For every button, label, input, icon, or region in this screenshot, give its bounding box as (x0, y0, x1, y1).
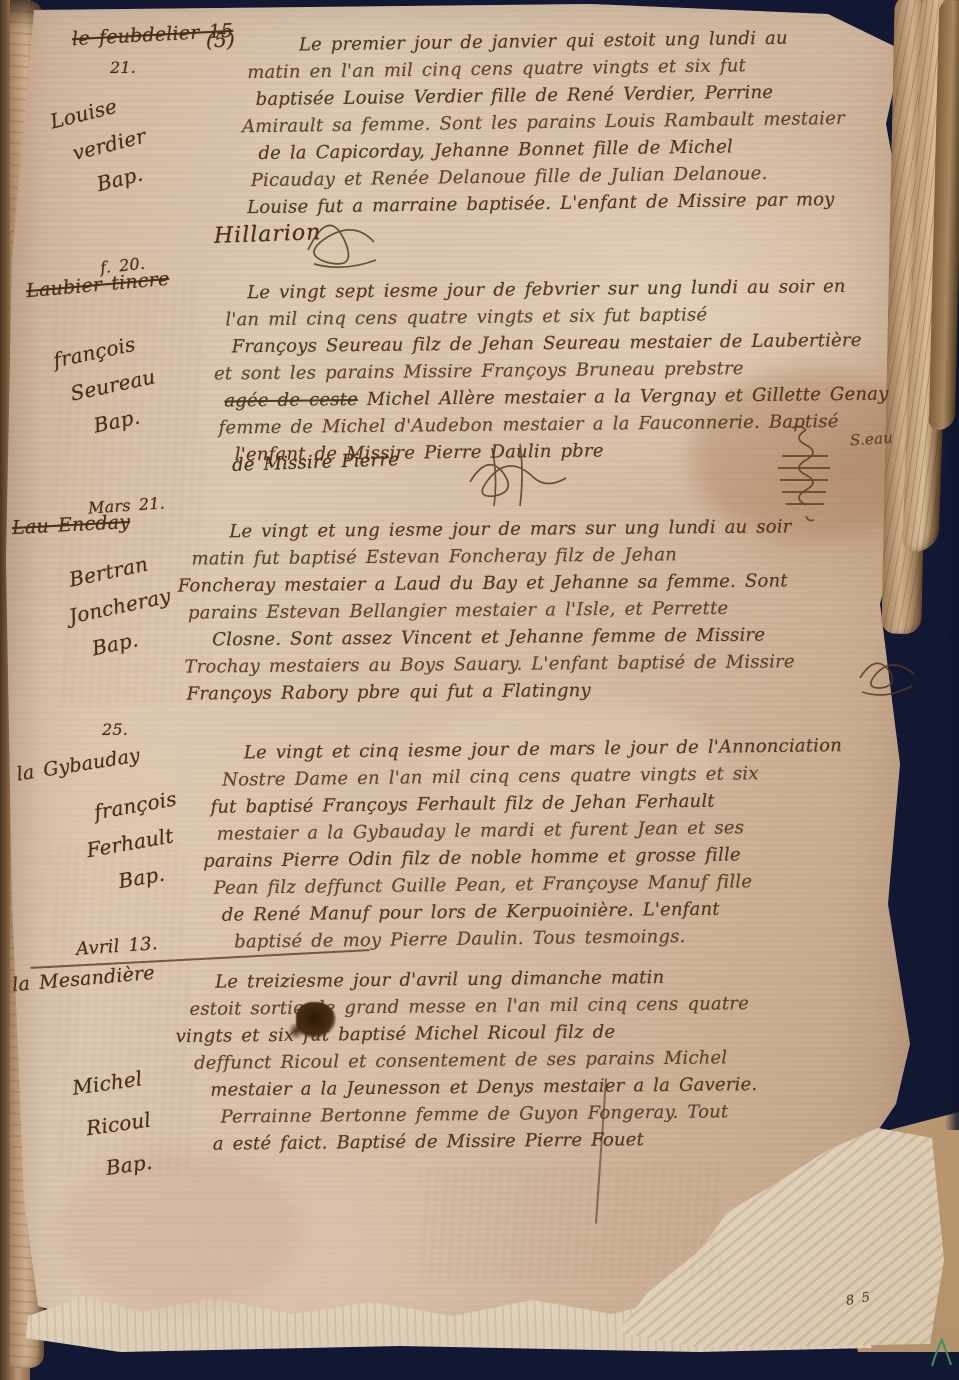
baptism-entry: Le vingt et ung iesme jour de mars sur u… (171, 513, 795, 707)
crossed-words: agée de ceste (224, 389, 358, 411)
margin-date: 21. (110, 58, 136, 77)
end-paraph (852, 648, 922, 708)
baptism-entry: Le treiziesme jour d'avril ung dimanche … (179, 963, 758, 1158)
entry-line: a esté faict. Baptisé de Missire Pierre … (213, 1125, 758, 1158)
ladder-paraph (768, 424, 846, 528)
signature-paraph (302, 200, 397, 282)
entry-line: Françoys Rabory pbre qui fut a Flatingny (187, 675, 796, 707)
baptism-entry: Le vingt et cinq iesme jour de mars le j… (204, 732, 845, 956)
signature-fragment: S.eau (849, 429, 893, 450)
signature-scrawl (462, 442, 592, 516)
margin-date: 25. (102, 720, 128, 739)
margin-name: Michel Ricoul Bap. (62, 1057, 160, 1193)
margin-name-line: Bap. (103, 1140, 160, 1189)
margin-name: françois Ferhault Bap. (77, 780, 192, 903)
folio-number: (5) (206, 28, 235, 52)
baptism-entry: Le premier jour de janvier qui estoit un… (247, 24, 846, 221)
green-thread-mark (928, 1338, 954, 1368)
manuscript-photo: le feubdelier 15 (5) 21. Louise verdier … (0, 0, 959, 1380)
margin-name: Bertran Joncheray Bap. (58, 542, 182, 669)
